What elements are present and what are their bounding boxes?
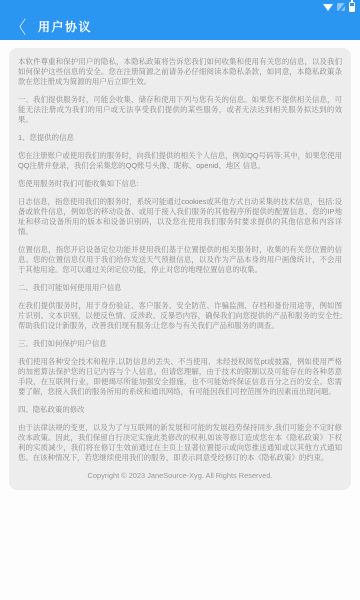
policy-paragraph: 三、我们如何保护用户信息 <box>18 339 342 349</box>
user-agreement-screen: 〈 用户协议 本软件尊重和保护用户的隐私，本隐私政策将告诉您我们如何收集和使用有… <box>0 0 360 600</box>
battery-icon <box>349 2 355 12</box>
policy-paragraph: 由于法律法规的变更，以及为了与互联网的新发展和可能的发展趋势保持同步,我们可能会… <box>18 423 342 463</box>
page-title: 用户协议 <box>38 18 92 35</box>
policy-paragraph: 1、您提供的信息 <box>18 133 342 143</box>
policy-paragraph: 您使用服务时我们可能收集如下信息: <box>18 179 342 189</box>
nav-bar: 〈 用户协议 <box>0 13 360 40</box>
policy-paragraph: 在我们提供服务时，用于身份验证、客户服务、安全防范、诈骗监测、存档和备份用途等，… <box>18 301 342 331</box>
policy-paragraph: 我们使用各种安全技术和程序,以防信息的丢失、不当使用、未经授权阅览pt或披露，例… <box>18 357 342 397</box>
status-bar <box>0 0 360 13</box>
policy-paragraph: 四、隐私政策的修改 <box>18 405 342 415</box>
agreement-content-card[interactable]: 本软件尊重和保护用户的隐私，本隐私政策将告诉您我们如何收集和使用有关您的信息，以… <box>9 48 351 490</box>
policy-paragraph: 二、我们可能如何使用用户信息 <box>18 283 342 293</box>
wifi-icon <box>323 4 333 11</box>
copyright-text: Copyright © 2023 JaneSource-Xyg. All Rig… <box>18 471 342 480</box>
policy-paragraph: 位置信息，指您开启设备定位功能并使用我们基于位置提供的相关服务时，收集的有关您位… <box>18 245 342 275</box>
sim-icon <box>337 3 345 11</box>
policy-paragraph: 一、我们提供服务时，可能会收集、储存和使用下列与您有关的信息。如果您不提供相关信… <box>18 95 342 125</box>
policy-paragraph: 日志信息，指您使用我们的服务时，系统可能通过cookies或其他方式自动采集的技… <box>18 197 342 237</box>
policy-paragraph: 本软件尊重和保护用户的隐私，本隐私政策将告诉您我们如何收集和使用有关您的信息，以… <box>18 57 342 87</box>
back-button[interactable]: 〈 <box>12 18 28 36</box>
policy-paragraph: 您在注册账户或使用我们的服务时，向我们提供的相关个人信息，例如QQ号码等;其中，… <box>18 151 342 171</box>
